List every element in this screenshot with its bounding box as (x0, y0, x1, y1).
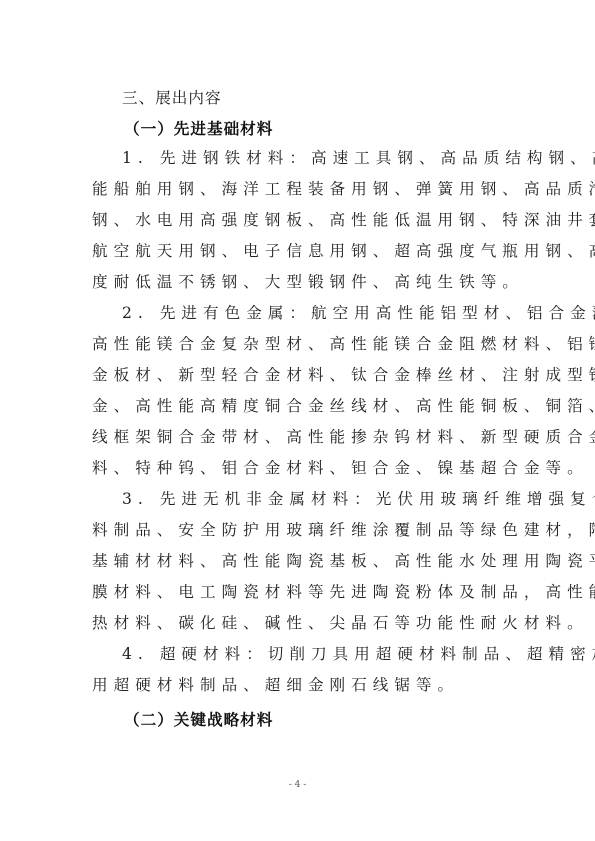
paragraph-line: 能船舶用钢、海洋工程装备用钢、弹簧用钢、高品质汽车 (92, 179, 506, 199)
paragraph-line: 金、高性能高精度铜合金丝线材、高性能铜板、铜箔、引 (92, 396, 506, 416)
paragraph-line: 金板材、新型轻合金材料、钛合金棒丝材、注射成型钛合 (92, 365, 506, 385)
paragraph-line: 料、特种钨、钼合金材料、钽合金、镍基超合金等。 (92, 458, 506, 478)
paragraph-line: 3. 先进无机非金属材料：光伏用玻璃纤维增强复合材 (122, 489, 506, 509)
paragraph-line: 1. 先进钢铁材料：高速工具钢、高品质结构钢、高性 (122, 148, 506, 168)
paragraph-line: 膜材料、电工陶瓷材料等先进陶瓷粉体及制品，高性能绝 (92, 582, 506, 602)
paragraph-line: 线框架铜合金带材、高性能掺杂钨材料、新型硬质合金材 (92, 427, 506, 447)
paragraph-line: 料制品、安全防护用玻璃纤维涂覆制品等绿色建材，陶瓷 (92, 520, 506, 540)
subsection-heading-1: （一）先进基础材料 (124, 117, 273, 139)
page-number: - 4 - (0, 780, 595, 790)
paragraph-line: 航空航天用钢、电子信息用钢、超高强度气瓶用钢、高强 (92, 241, 506, 261)
paragraph-line: 2. 先进有色金属：航空用高性能铝型材、铝合金薄板、 (122, 303, 506, 323)
paragraph-line: 高性能镁合金复杂型材、高性能镁合金阻燃材料、铝锂合 (92, 334, 506, 354)
section-title: 三、展出内容 (122, 86, 222, 108)
subsection-heading-2: （二）关键战略材料 (124, 708, 273, 730)
paragraph-line: 钢、水电用高强度钢板、高性能低温用钢、特深油井套管、 (92, 210, 506, 230)
paragraph-line: 度耐低温不锈钢、大型锻钢件、高纯生铁等。 (92, 272, 506, 292)
paragraph-line: 4. 超硬材料：切削刀具用超硬材料制品、超精密加工 (122, 644, 506, 664)
paragraph-line: 用超硬材料制品、超细金刚石线锯等。 (92, 675, 506, 695)
paragraph-line: 热材料、碳化硅、碱性、尖晶石等功能性耐火材料。 (92, 613, 506, 633)
document-page: 三、展出内容 （一）先进基础材料 1. 先进钢铁材料：高速工具钢、高品质结构钢、… (0, 0, 595, 841)
paragraph-line: 基辅材材料、高性能陶瓷基板、高性能水处理用陶瓷平板 (92, 551, 506, 571)
